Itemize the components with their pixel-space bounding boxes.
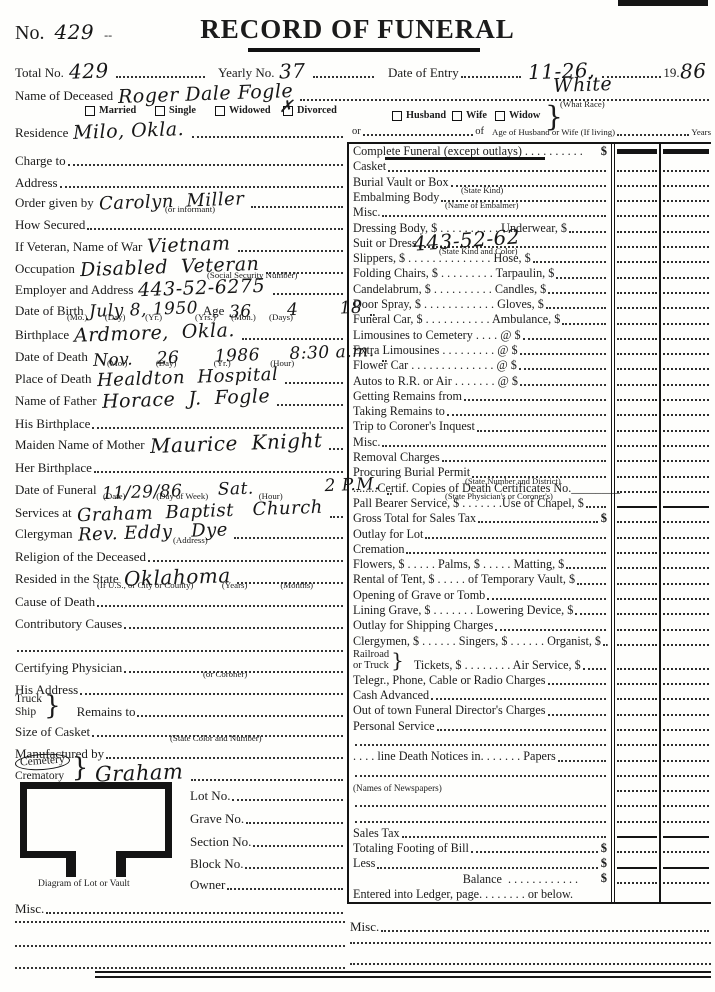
- dotted-leader: [533, 261, 606, 263]
- money-leader: [663, 231, 709, 233]
- dotted-leader: [355, 744, 606, 746]
- dollar-sign: $: [601, 857, 607, 870]
- dollar-sign: $: [601, 145, 607, 158]
- money-m2-cell: [661, 159, 711, 174]
- money-leader: [617, 552, 657, 554]
- money-leader: [617, 521, 657, 523]
- truck-ship-brace: }: [44, 696, 61, 717]
- item-text-cell: Flowers, $ . . . . . Palms, $ . . . . . …: [349, 557, 615, 572]
- money-m2-cell: [661, 542, 711, 557]
- cemetery-row: CemeteryCrematory } Graham: [15, 753, 345, 783]
- money-leader: [617, 683, 657, 685]
- dotted-leader: [464, 399, 606, 401]
- money-leader: [617, 583, 657, 585]
- item-label: Folding Chairs, $ . . . . . . . . . Tarp…: [353, 267, 554, 279]
- item-row-35: Telegr., Phone, Cable or Radio Charges: [349, 673, 711, 688]
- money-m2-cell: [661, 810, 711, 825]
- money-leader: [617, 668, 657, 670]
- money-leader: [663, 821, 709, 823]
- money-m2-cell: [661, 872, 711, 887]
- cemetery-crematory-stack: CemeteryCrematory: [15, 754, 70, 782]
- title-underline: [248, 48, 480, 52]
- checkbox-divorced-label: Divorced: [297, 105, 337, 116]
- money-m2-cell: [661, 251, 711, 266]
- money-leader: [663, 323, 709, 325]
- item-row-20: Misc.: [349, 435, 711, 450]
- contributory-label: Contributory Causes: [15, 617, 122, 630]
- blank-dotted-line: [15, 951, 345, 969]
- dotted-leader: [234, 537, 343, 539]
- item-text-cell: Cremation: [349, 542, 615, 557]
- cemetery-value: Graham: [95, 761, 184, 785]
- religion-label: Religion of the Deceased: [15, 550, 146, 563]
- item-row-34: Railroador Truck}Tickets, $ . . . . . . …: [349, 649, 711, 673]
- of-label: of: [475, 127, 484, 138]
- money-m2-cell: [661, 557, 711, 572]
- money-leader: [663, 729, 709, 731]
- mother-row: Maiden Name of Mother Maurice Knight: [15, 432, 345, 452]
- money-leader: [617, 698, 657, 700]
- item-text-cell: Railroador Truck}Tickets, $ . . . . . . …: [349, 649, 615, 673]
- dotted-leader: [546, 307, 606, 309]
- money-leader: [663, 338, 709, 340]
- yearly-no-value: 37: [279, 61, 306, 82]
- dotted-leader: [277, 404, 343, 406]
- money-leader: [663, 170, 709, 172]
- money-leader: [617, 476, 657, 478]
- dollar-sign: $: [601, 872, 607, 885]
- cause-of-death-row: Cause of Death: [15, 589, 345, 609]
- date-of-entry-row: Date of Entry 11-26, 19. 86: [388, 60, 711, 80]
- money-m2-cell: [661, 841, 711, 856]
- casket-size-row: Size of Casket (State Color and Number): [15, 719, 345, 739]
- dotted-leader: [94, 471, 343, 473]
- name-of-deceased-label: Name of Deceased: [15, 89, 113, 102]
- money-m1-cell: [615, 343, 661, 358]
- money-m2-cell: [661, 373, 711, 388]
- money-leader: [617, 567, 657, 569]
- item-row-27: Cremation: [349, 542, 711, 557]
- money-m1-cell: [615, 236, 661, 251]
- money-leader: [617, 231, 657, 233]
- item-row-19: Trip to Coroner's Inquest: [349, 419, 711, 434]
- item-label: Cash Advanced: [353, 689, 429, 701]
- money-leader: [663, 261, 709, 263]
- item-row-48: Balance . . . . . . . . . . . .$: [349, 872, 711, 887]
- spouse-or-of-row: or of: [352, 122, 484, 138]
- contributory-row: Contributory Causes: [15, 611, 345, 631]
- money-leader: [617, 882, 657, 884]
- money-leader: [663, 521, 709, 523]
- money-m2-cell: [661, 220, 711, 235]
- dotted-leader: [603, 644, 608, 646]
- money-leader: [663, 476, 709, 478]
- item-label: Outlay for Lot: [353, 528, 423, 540]
- dotted-leader: [330, 516, 343, 518]
- checkbox-square: [392, 111, 402, 121]
- money-leader: [617, 805, 657, 807]
- veteran-war-value: Vietnam: [147, 235, 231, 257]
- money-m2-cell: [661, 343, 711, 358]
- money-leader: [617, 277, 657, 279]
- money-leader: [617, 851, 657, 853]
- item-row-5: Misc.: [349, 205, 711, 220]
- item-row-22: Procuring Burial Permit(State Number and…: [349, 465, 711, 480]
- dotted-leader: [87, 228, 343, 230]
- total-no-row: Total No. 429: [15, 60, 207, 80]
- checkbox-wife: Wife: [452, 110, 487, 121]
- money-leader: [617, 836, 657, 838]
- item-text-cell: Extra Limousines . . . . . . . . . @ $: [349, 343, 615, 358]
- money-leader: [617, 460, 657, 462]
- item-label: Autos to R.R. or Air . . . . . . . @ $: [353, 375, 518, 387]
- grave-no-row: Grave No.: [190, 806, 345, 826]
- age-values: 36 4 18: [229, 300, 363, 322]
- money-leader: [663, 414, 709, 416]
- his-birthplace-label: His Birthplace: [15, 417, 90, 430]
- place-of-death-row: Place of Death Healdton Hospital: [15, 366, 345, 386]
- money-leader: [663, 644, 709, 646]
- item-text-cell: Getting Remains from: [349, 389, 615, 404]
- item-label: . . . . line Death Notices in. . . . . .…: [353, 750, 556, 762]
- money-leader: [663, 353, 709, 355]
- money-m1-cell: [615, 144, 661, 159]
- item-text-cell: Folding Chairs, $ . . . . . . . . . Tarp…: [349, 266, 615, 281]
- checkbox-widow-label: Widow: [509, 110, 540, 121]
- item-text-cell: Burial Vault or Box(State Kind): [349, 175, 615, 190]
- checkbox-square: [215, 106, 225, 116]
- dotted-leader: [556, 277, 606, 279]
- diagram-caption: Diagram of Lot or Vault: [38, 880, 130, 890]
- money-leader: [663, 399, 709, 401]
- money-m2-cell: [661, 673, 711, 688]
- money-m1-cell: [615, 887, 661, 902]
- residence-label: Residence: [15, 126, 68, 139]
- item-label: Funeral Car, $ . . . . . . . . . . . Amb…: [353, 313, 560, 325]
- money-leader: [663, 506, 709, 508]
- dotted-leader: [575, 613, 606, 615]
- money-m1-cell: [615, 481, 661, 496]
- dotted-leader: [285, 382, 343, 384]
- item-label: Burial Vault or Box: [353, 176, 449, 188]
- money-m2-cell: [661, 588, 711, 603]
- money-leader: [663, 246, 709, 248]
- money-leader: [663, 598, 709, 600]
- item-row-12: Funeral Car, $ . . . . . . . . . . . Amb…: [349, 312, 711, 327]
- money-leader: [663, 307, 709, 309]
- item-label: Telegr., Phone, Cable or Radio Charges: [353, 674, 546, 686]
- cemetery-label-circled: Cemetery: [15, 752, 71, 771]
- item-text-cell: Complete Funeral (except outlays) . . . …: [349, 144, 615, 159]
- money-leader: [663, 368, 709, 370]
- item-label: Extra Limousines . . . . . . . . . @ $: [353, 344, 518, 356]
- money-leader: [617, 261, 657, 263]
- money-leader: [617, 506, 657, 508]
- dotted-leader: [519, 368, 606, 370]
- money-m2-cell: [661, 826, 711, 841]
- money-m1-cell: [615, 297, 661, 312]
- item-label: Less: [353, 857, 375, 869]
- employer-label: Employer and Address: [15, 283, 133, 296]
- item-label: Candelabrum, $ . . . . . . . . . . Candl…: [353, 283, 546, 295]
- her-birthplace-label: Her Birthplace: [15, 461, 92, 474]
- item-row-10: Candelabrum, $ . . . . . . . . . . Candl…: [349, 282, 711, 297]
- checkbox-single-label: Single: [169, 105, 196, 116]
- resided-value: Oklahoma: [123, 565, 230, 589]
- item-row-40: . . . . line Death Notices in. . . . . .…: [349, 749, 711, 764]
- year-prefix: 19.: [663, 66, 679, 79]
- dotted-leader: [477, 430, 606, 432]
- how-secured-row: How Secured: [15, 212, 345, 232]
- money-leader: [617, 714, 657, 716]
- checkbox-square: [85, 106, 95, 116]
- money-leader: [617, 790, 657, 792]
- dotted-leader: [617, 134, 689, 136]
- item-text-cell: Candelabrum, $ . . . . . . . . . . Candl…: [349, 282, 615, 297]
- money-m1-cell: [615, 634, 661, 649]
- money-m1-cell: [615, 159, 661, 174]
- birthplace-value: Ardmore, Okla.: [74, 321, 235, 346]
- birthplace-row: Birthplace Ardmore, Okla.: [15, 322, 345, 342]
- item-hint: (State Number and District): [465, 477, 561, 486]
- item-row-26: Outlay for Lot: [349, 526, 711, 541]
- resided-row: Resided in the State Oklahoma (If U.S., …: [15, 566, 345, 586]
- checkbox-husband: Husband: [392, 110, 446, 121]
- spouse-age-years-label: Years: [691, 128, 711, 137]
- dotted-leader: [442, 460, 606, 462]
- checkbox-wife-label: Wife: [466, 110, 487, 121]
- money-leader: [617, 744, 657, 746]
- money-leader: [617, 775, 657, 777]
- money-m1-cell: [615, 282, 661, 297]
- item-text-cell: [349, 795, 615, 810]
- money-m2-cell: [661, 190, 711, 205]
- money-leader: [663, 790, 709, 792]
- money-leader: [663, 567, 709, 569]
- money-leader: [617, 537, 657, 539]
- item-text-cell: Misc.: [349, 435, 615, 450]
- money-m2-cell: [661, 780, 711, 795]
- item-text-cell: Sales Tax: [349, 826, 615, 841]
- race-hint: (What Race): [560, 100, 605, 109]
- money-leader: [617, 353, 657, 355]
- truck-ship-stack: TruckShip: [15, 693, 42, 718]
- dotted-leader: [246, 822, 343, 824]
- money-leader: [663, 149, 709, 154]
- lot-no-label: Lot No.: [190, 789, 230, 802]
- money-leader: [663, 668, 709, 670]
- checkbox-square: [155, 106, 165, 116]
- money-m2-cell: [661, 511, 711, 526]
- grave-no-label: Grave No.: [190, 812, 244, 825]
- money-m1-cell: [615, 719, 661, 734]
- money-leader: [663, 384, 709, 386]
- money-m2-cell: [661, 795, 711, 810]
- item-text-cell: [349, 734, 615, 749]
- spouse-age-row: Age of Husband or Wife (If living) Years: [492, 122, 711, 138]
- remains-to-row: TruckShip } Remains to: [15, 693, 345, 719]
- money-m2-cell: [661, 734, 711, 749]
- money-m1-cell: [615, 588, 661, 603]
- dollar-sign: $: [601, 512, 607, 525]
- item-label: Trip to Coroner's Inquest: [353, 420, 475, 432]
- money-m1-cell: [615, 266, 661, 281]
- dotted-leader: [329, 448, 343, 450]
- dollar-sign: $: [601, 842, 607, 855]
- veteran-war-label: If Veteran, Name of War: [15, 240, 142, 253]
- item-label: Tickets, $ . . . . . . . . Air Service, …: [414, 659, 581, 671]
- cause-of-death-label: Cause of Death: [15, 595, 95, 608]
- date-of-funeral-row: Date of Funeral 11/29/86 Sat. 2 P.M. (Da…: [15, 477, 345, 497]
- block-no-row: Block No.: [190, 851, 345, 871]
- crematory-label: Crematory: [15, 770, 70, 783]
- money-leader: [663, 491, 709, 493]
- item-row-11: Door Spray, $ . . . . . . . . . . . . Gl…: [349, 297, 711, 312]
- item-row-32: Outlay for Shipping Charges: [349, 618, 711, 633]
- money-leader: [617, 307, 657, 309]
- item-text-cell: Clergymen, $ . . . . . . Singers, $ . . …: [349, 634, 615, 649]
- money-m2-cell: [661, 603, 711, 618]
- money-leader: [663, 215, 709, 217]
- dotted-leader: [300, 99, 709, 101]
- checkbox-widow: Widow: [495, 110, 540, 121]
- item-row-30: Opening of Grave or Tomb: [349, 588, 711, 603]
- yearly-no-label: Yearly No.: [218, 66, 274, 79]
- money-m2-cell: [661, 144, 711, 159]
- dotted-leader: [431, 698, 606, 700]
- clergyman-value: Rev. Eddy Dye: [77, 521, 227, 544]
- money-leader: [617, 292, 657, 294]
- item-row-14: Extra Limousines . . . . . . . . . @ $: [349, 343, 711, 358]
- dotted-leader: [548, 683, 606, 685]
- item-row-15: Flower Car . . . . . . . . . . . . . . @…: [349, 358, 711, 373]
- brace-line: Railroad: [353, 649, 389, 661]
- money-leader: [663, 537, 709, 539]
- dotted-leader: [97, 605, 343, 607]
- railroad-truck-stack: Railroador Truck: [353, 649, 389, 672]
- item-label: Removal Charges: [353, 451, 440, 463]
- money-m1-cell: [615, 810, 661, 825]
- dotted-leader: [245, 867, 343, 869]
- money-m1-cell: [615, 251, 661, 266]
- money-m2-cell: [661, 465, 711, 480]
- item-row-41: [349, 765, 711, 780]
- money-leader: [663, 760, 709, 762]
- money-m2-cell: [661, 634, 711, 649]
- item-row-31: Lining Grave, $ . . . . . . . Lowering D…: [349, 603, 711, 618]
- money-m2-cell: [661, 358, 711, 373]
- section-no-row: Section No.: [190, 829, 345, 849]
- money-m1-cell: [615, 328, 661, 343]
- item-label: Misc.: [353, 436, 380, 448]
- money-m1-cell: [615, 435, 661, 450]
- checkbox-single: Single: [155, 105, 196, 116]
- dotted-leader: [355, 821, 606, 823]
- item-row-49: Entered into Ledger, page. . . . . . . .…: [349, 887, 711, 902]
- money-leader: [663, 629, 709, 631]
- dotted-leader: [569, 231, 606, 233]
- money-m1-cell: [615, 312, 661, 327]
- employer-row: Employer and Address 443-52-6275: [15, 277, 345, 297]
- date-of-entry-label: Date of Entry: [388, 66, 459, 79]
- dotted-leader: [355, 805, 606, 807]
- father-row: Name of Father Horace J. Fogle: [15, 388, 345, 408]
- religion-row: Religion of the Deceased: [15, 544, 345, 564]
- checkbox-husband-label: Husband: [406, 110, 446, 121]
- dotted-leader: [402, 836, 606, 838]
- father-label: Name of Father: [15, 394, 97, 407]
- money-leader: [617, 170, 657, 172]
- mother-label: Maiden Name of Mother: [15, 438, 145, 451]
- money-m2-cell: [661, 297, 711, 312]
- item-text-cell: (Names of Newspapers): [349, 780, 615, 795]
- money-leader: [663, 775, 709, 777]
- item-text-cell: [349, 810, 615, 825]
- item-label: Totaling Footing of Bill: [353, 842, 469, 854]
- certifying-physician-label: Certifying Physician: [15, 661, 122, 674]
- services-at-row: Services at Graham Baptist Church: [15, 500, 345, 520]
- blank-dotted-line: [15, 929, 345, 947]
- money-m2-cell: [661, 719, 711, 734]
- blank-line-row: [15, 634, 345, 654]
- occupation-label: Occupation: [15, 262, 75, 275]
- money-m2-cell: [661, 175, 711, 190]
- her-birthplace-row: Her Birthplace: [15, 455, 345, 475]
- money-m1-cell: [615, 673, 661, 688]
- item-text-cell: . . . . line Death Notices in. . . . . .…: [349, 749, 615, 764]
- money-leader: [663, 805, 709, 807]
- item-text-cell: Procuring Burial Permit(State Number and…: [349, 465, 615, 480]
- services-at-label: Services at: [15, 506, 72, 519]
- item-label: Personal Service: [353, 720, 435, 732]
- lot-no-row: Lot No.: [190, 783, 345, 803]
- item-label: Getting Remains from: [353, 390, 462, 402]
- charge-to-label: Charge to: [15, 154, 66, 167]
- money-m2-cell: [661, 282, 711, 297]
- item-text-cell: Limousines to Cemetery . . . . @ $: [349, 328, 615, 343]
- item-hint: (State Physician's or Coroner's): [445, 492, 553, 501]
- money-leader: [617, 399, 657, 401]
- item-row-25: Gross Total for Sales Tax$: [349, 511, 711, 526]
- item-text-cell: Totaling Footing of Bill$: [349, 841, 615, 856]
- employer-value: 443-52-6275: [138, 277, 266, 300]
- money-m1-cell: [615, 404, 661, 419]
- money-leader: [663, 613, 709, 615]
- money-m1-cell: [615, 557, 661, 572]
- dotted-leader: [382, 445, 606, 447]
- dotted-leader: [17, 650, 343, 652]
- birthplace-label: Birthplace: [15, 328, 69, 341]
- dotted-leader: [124, 627, 343, 629]
- item-text-cell: Out of town Funeral Director's Charges: [349, 703, 615, 718]
- item-label: Rental of Tent, $ . . . . . of Temporary…: [353, 573, 575, 585]
- money-leader: [617, 729, 657, 731]
- money-leader: [663, 200, 709, 202]
- item-text-cell: Casket: [349, 159, 615, 174]
- money-leader: [663, 277, 709, 279]
- money-leader: [617, 200, 657, 202]
- father-value: Horace J. Fogle: [101, 387, 270, 412]
- money-m1-cell: [615, 389, 661, 404]
- money-m1-cell: [615, 419, 661, 434]
- order-given-label: Order given by: [15, 196, 94, 209]
- dotted-leader: [461, 76, 521, 78]
- item-label: Misc.: [353, 206, 380, 218]
- item-row-2: Casket: [349, 159, 711, 174]
- money-leader: [663, 430, 709, 432]
- dotted-leader: [60, 186, 343, 188]
- order-given-value: Carolyn Miller: [98, 190, 244, 213]
